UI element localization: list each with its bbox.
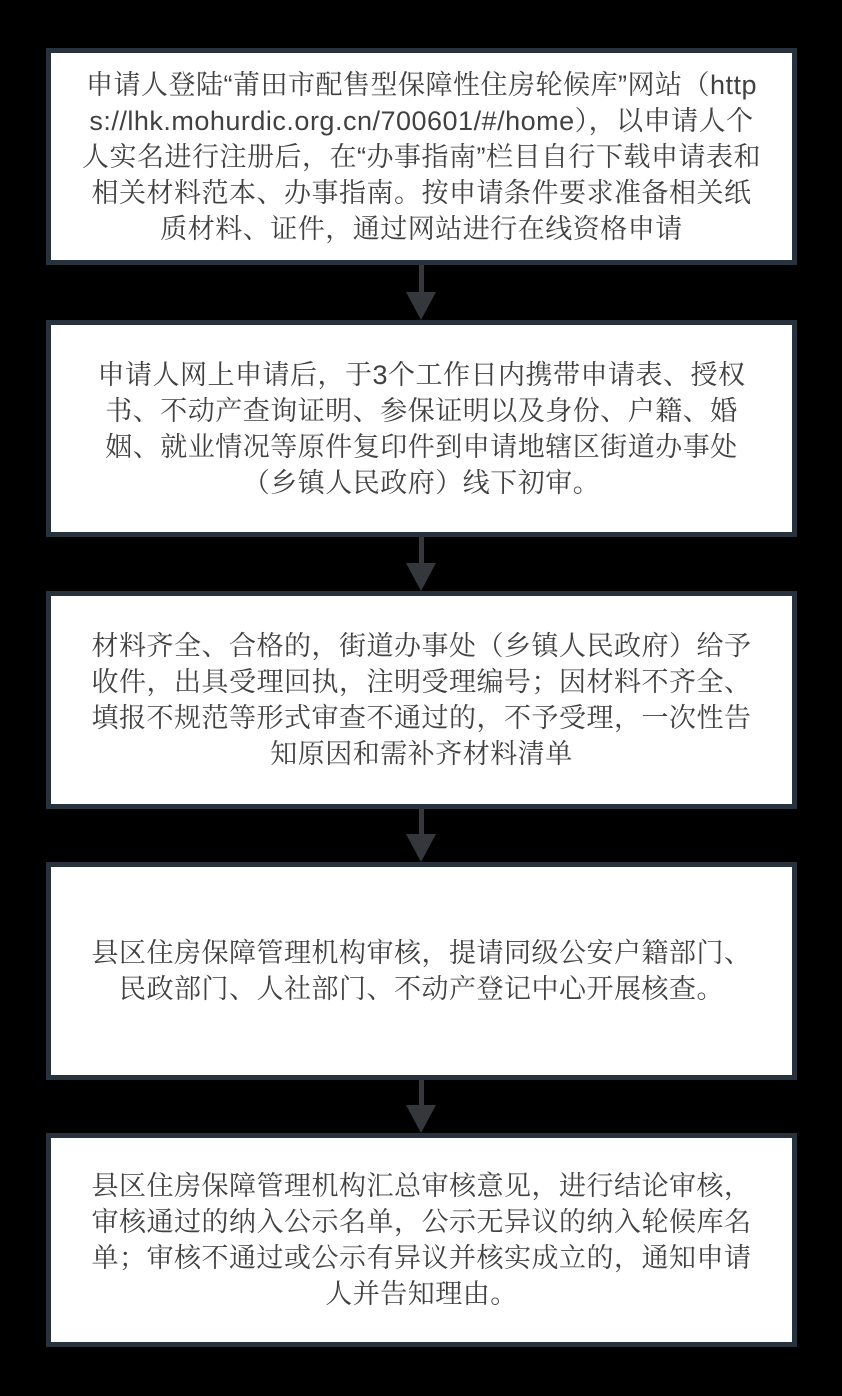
arrow-down-icon [406, 1080, 436, 1133]
flow-step-4-text: 县区住房保障管理机构审核，提请同级公安户籍部门、民政部门、人社部门、不动产登记中… [79, 935, 764, 1007]
flow-step-4: 县区住房保障管理机构审核，提请同级公安户籍部门、民政部门、人社部门、不动产登记中… [46, 862, 797, 1080]
arrow-head [406, 292, 436, 320]
flow-step-2: 申请人网上申请后，于3个工作日内携带申请表、授权书、不动产查询证明、参保证明以及… [46, 320, 797, 537]
arrow-stem [419, 265, 424, 292]
flow-step-2-text: 申请人网上申请后，于3个工作日内携带申请表、授权书、不动产查询证明、参保证明以及… [79, 357, 764, 501]
flow-step-5: 县区住房保障管理机构汇总审核意见，进行结论审核，审核通过的纳入公示名单，公示无异… [46, 1133, 797, 1347]
flowchart-canvas: 申请人登陆“莆田市配售型保障性住房轮候库”网站（https://lhk.mohu… [0, 0, 842, 1396]
flow-step-3-text: 材料齐全、合格的，街道办事处（乡镇人民政府）给予收件，出具受理回执，注明受理编号… [79, 628, 764, 772]
flow-step-3: 材料齐全、合格的，街道办事处（乡镇人民政府）给予收件，出具受理回执，注明受理编号… [46, 591, 797, 809]
flow-step-5-text: 县区住房保障管理机构汇总审核意见，进行结论审核，审核通过的纳入公示名单，公示无异… [79, 1168, 764, 1312]
arrow-head [406, 834, 436, 862]
arrow-down-icon [406, 809, 436, 862]
arrow-stem [419, 1080, 424, 1105]
arrow-head [406, 1105, 436, 1133]
arrow-head [406, 563, 436, 591]
arrow-down-icon [406, 265, 436, 320]
flow-step-1: 申请人登陆“莆田市配售型保障性住房轮候库”网站（https://lhk.mohu… [46, 48, 797, 265]
flow-step-1-text: 申请人登陆“莆田市配售型保障性住房轮候库”网站（https://lhk.mohu… [79, 67, 764, 247]
arrow-stem [419, 809, 424, 834]
arrow-stem [419, 537, 424, 563]
arrow-down-icon [406, 537, 436, 591]
